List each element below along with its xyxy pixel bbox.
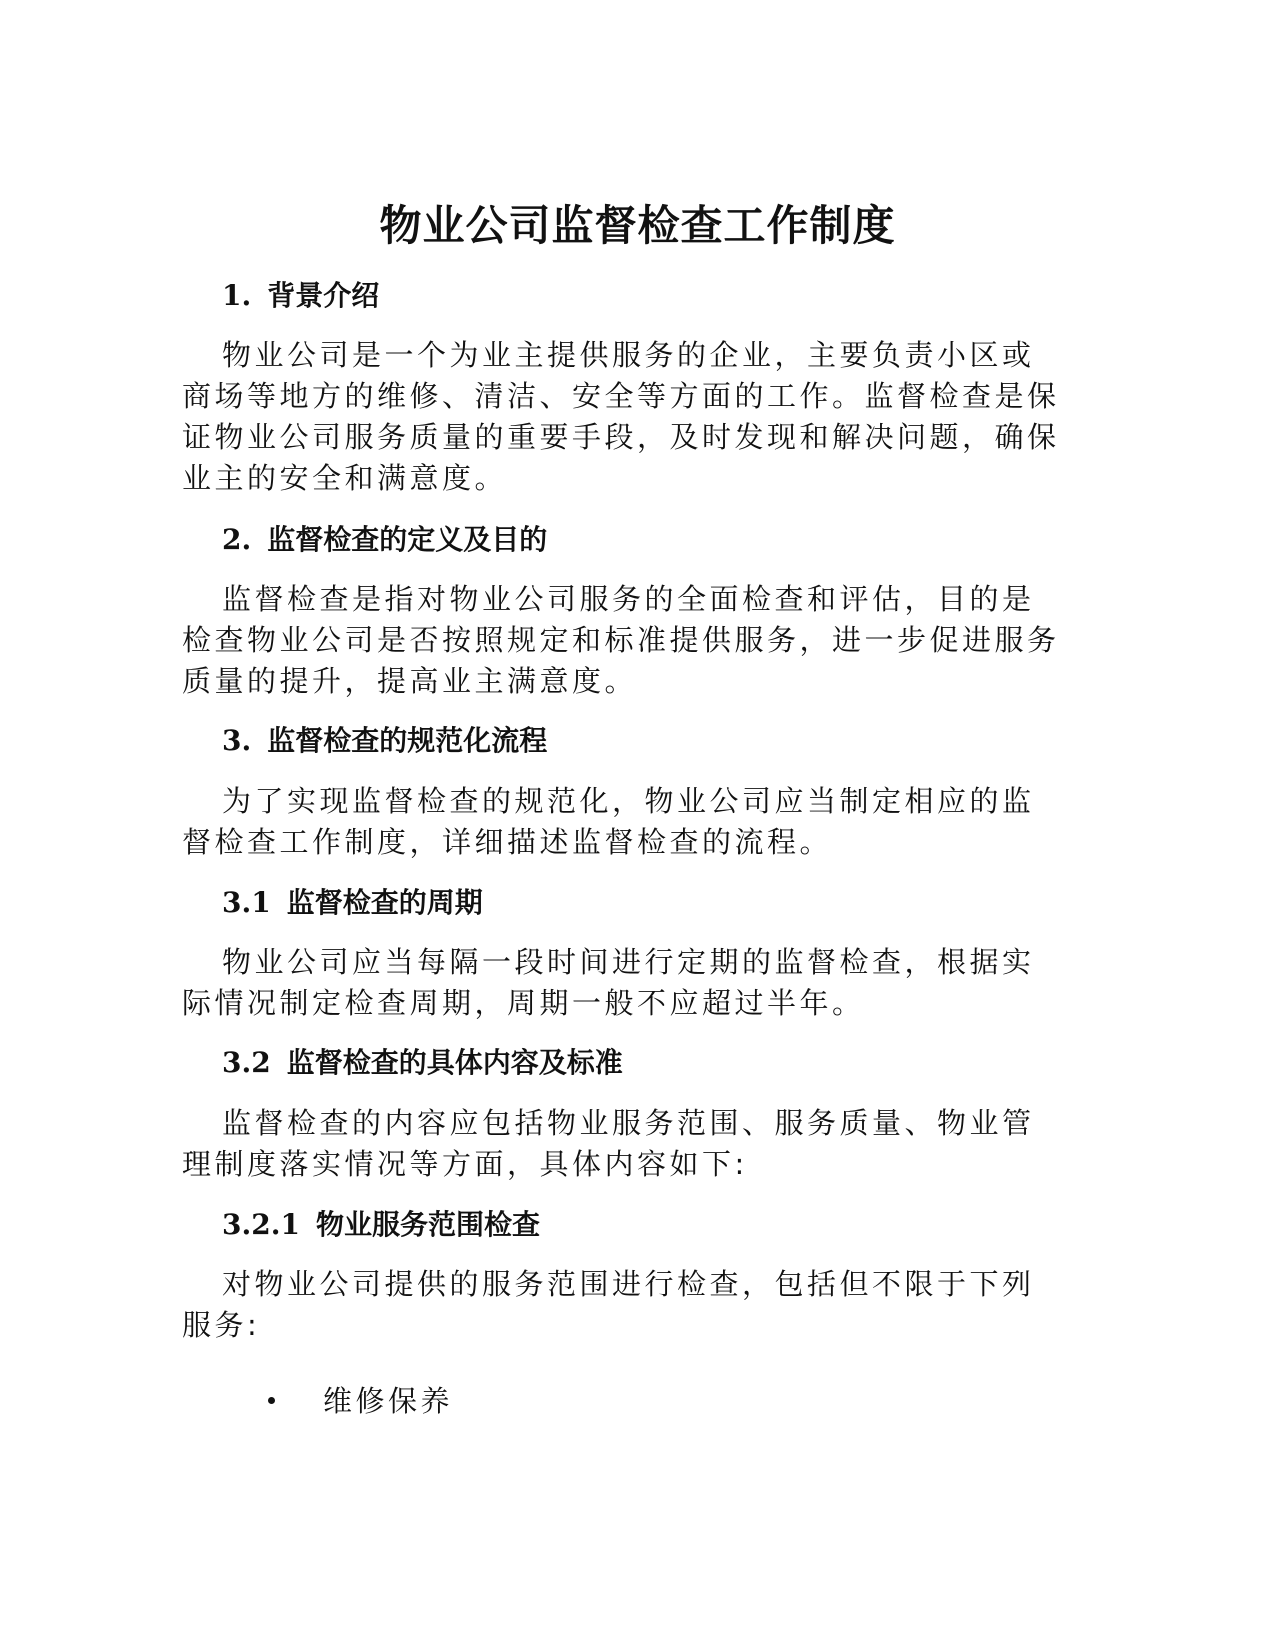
bullet-icon [268, 1397, 275, 1404]
paragraph-line: 质量的提升，提高业主满意度。 [182, 660, 637, 702]
paragraph-line: 监督检查是指对物业公司服务的全面检查和评估，目的是 [222, 578, 1035, 620]
paragraph-line: 监督检查的内容应包括物业服务范围、服务质量、物业管 [222, 1102, 1035, 1144]
section-number: 3.1 [222, 883, 271, 923]
document-title: 物业公司监督检查工作制度 [0, 196, 1275, 256]
section-title: 背景介绍 [267, 279, 379, 312]
section-title: 监督检查的定义及目的 [267, 523, 547, 556]
paragraph-line: 物业公司是一个为业主提供服务的企业，主要负责小区或 [222, 334, 1035, 376]
section-title: 监督检查的规范化流程 [267, 724, 547, 757]
section-heading-3-2: 3.2监督检查的具体内容及标准 [222, 1043, 623, 1083]
section-title: 监督检查的周期 [287, 886, 483, 919]
paragraph-line: 业主的安全和满意度。 [182, 457, 507, 499]
section-number: 1. [222, 276, 251, 316]
section-title: 物业服务范围检查 [316, 1208, 540, 1241]
list-item: 维修保养 [323, 1380, 453, 1422]
paragraph-line: 检查物业公司是否按照规定和标准提供服务，进一步促进服务 [182, 619, 1060, 661]
paragraph-line: 商场等地方的维修、清洁、安全等方面的工作。监督检查是保 [182, 375, 1060, 417]
paragraph-line: 为了实现监督检查的规范化，物业公司应当制定相应的监 [222, 780, 1035, 822]
paragraph-line: 物业公司应当每隔一段时间进行定期的监督检查，根据实 [222, 941, 1035, 983]
paragraph-line: 服务: [182, 1304, 260, 1346]
section-title: 监督检查的具体内容及标准 [287, 1046, 623, 1079]
section-number: 3.2.1 [222, 1205, 300, 1245]
paragraph-line: 督检查工作制度，详细描述监督检查的流程。 [182, 821, 832, 863]
paragraph-line: 际情况制定检查周期，周期一般不应超过半年。 [182, 982, 865, 1024]
section-heading-3-1: 3.1监督检查的周期 [222, 883, 483, 923]
section-heading-1: 1.背景介绍 [222, 276, 379, 316]
paragraph-line: 对物业公司提供的服务范围进行检查，包括但不限于下列 [222, 1263, 1035, 1305]
section-heading-3: 3.监督检查的规范化流程 [222, 721, 547, 761]
section-number: 3.2 [222, 1043, 271, 1083]
paragraph-line: 理制度落实情况等方面，具体内容如下: [182, 1143, 748, 1185]
section-heading-3-2-1: 3.2.1物业服务范围检查 [222, 1205, 540, 1245]
section-heading-2: 2.监督检查的定义及目的 [222, 520, 547, 560]
section-number: 2. [222, 520, 251, 560]
section-number: 3. [222, 721, 251, 761]
document-page: 物业公司监督检查工作制度 1.背景介绍 物业公司是一个为业主提供服务的企业，主要… [0, 0, 1275, 1650]
paragraph-line: 证物业公司服务质量的重要手段，及时发现和解决问题，确保 [182, 416, 1060, 458]
